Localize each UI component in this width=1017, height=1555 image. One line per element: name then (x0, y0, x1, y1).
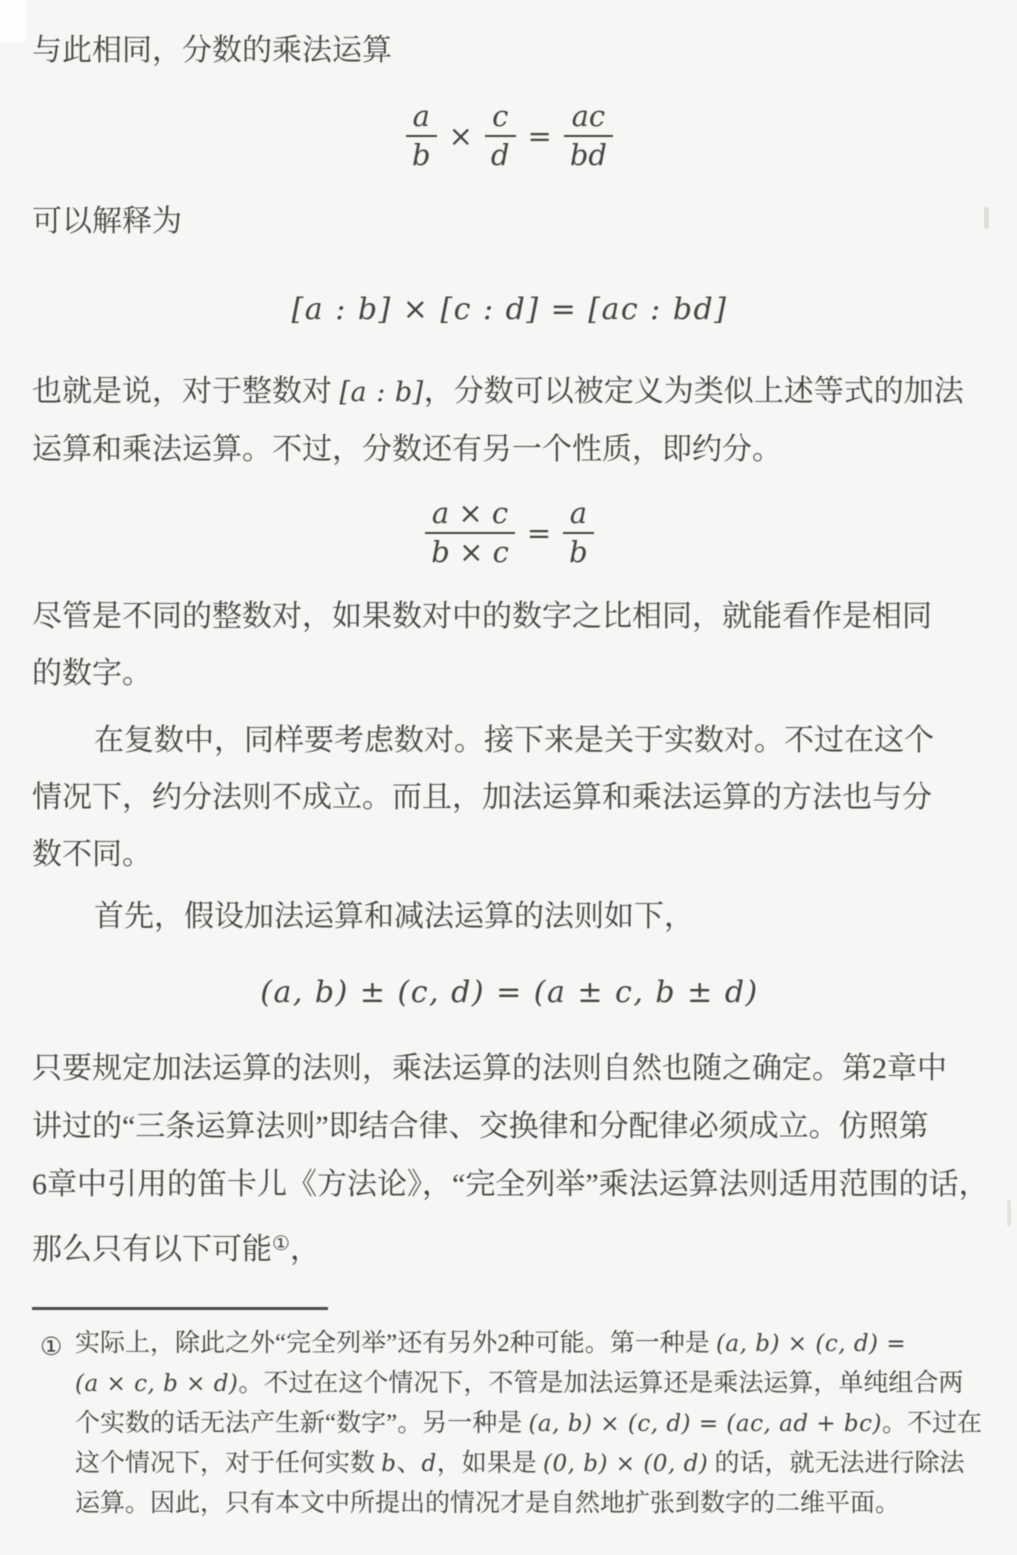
text-run: 的话，就无法进行除法 (708, 1450, 964, 1477)
operator: = (528, 119, 552, 153)
footnote-divider (32, 1307, 328, 1310)
text-run: 运算。因此，只有本文中所提出的情况才是自然地扩张到数字的二维平面。 (75, 1490, 900, 1517)
text-line: 这个情况下，对于任何实数 b、d，如果是 (0, b) × (0, d) 的话，… (75, 1444, 987, 1484)
text-run: 6章中引用的笛卡儿《方法论》，“完全列举”乘法运算法则适用范围的话， (32, 1168, 989, 1201)
denominator: b × c (425, 532, 515, 570)
footnote-marker: ① (40, 1328, 62, 1368)
book-page: 与此相同，分数的乘法运算ab×cd=acbd可以解释为[a : b] × [c … (0, 0, 1017, 1555)
para-same-number: 尽管是不同的整数对，如果数对中的数字之比相同，就能看作是相同的数字。 (32, 588, 987, 702)
inline-math: [a : b] (340, 377, 424, 408)
text-run: ，如果是 (437, 1450, 543, 1477)
denominator: b (406, 135, 437, 173)
fraction: acbd (564, 99, 613, 173)
text-line: 运算。因此，只有本文中所提出的情况才是自然地扩张到数字的二维平面。 (75, 1484, 987, 1524)
text-run: 与此相同，分数的乘法运算 (32, 34, 392, 67)
text-run: 。不过在这个情况下，不管是加法运算还是乘法运算，单纯组合两 (238, 1370, 963, 1397)
text-line: 个实数的话无法产生新“数字”。另一种是 (a, b) × (c, d) = (a… (75, 1404, 987, 1444)
text-run: ， (290, 1233, 320, 1266)
formula-pair-addition: (a, b) ± (c, d) = (a ± c, b ± d) (32, 975, 987, 1010)
text-line: 6章中引用的笛卡儿《方法论》，“完全列举”乘法运算法则适用范围的话， (32, 1156, 987, 1214)
para-only-possibility: 只要规定加法运算的法则，乘法运算的法则自然也随之确定。第2章中讲过的“三条运算法… (32, 1040, 987, 1279)
text-run: 首先，假设加法运算和减法运算的法则如下， (94, 900, 694, 933)
para-multiplication-intro: 与此相同，分数的乘法运算 (32, 22, 987, 79)
text-run: 可以解释为 (32, 205, 182, 238)
denominator: d (485, 135, 516, 173)
text-line: 运算和乘法运算。不过，分数还有另一个性质，即约分。 (32, 421, 987, 478)
para-complex-pairs: 在复数中，同样要考虑数对。接下来是关于实数对。不过在这个情况下，约分法则不成立。… (32, 712, 987, 883)
text-line: (a × c, b × d)。不过在这个情况下，不管是加法运算还是乘法运算，单纯… (75, 1364, 987, 1404)
numerator: a (406, 99, 437, 135)
text-run: 实际上，除此之外“完全列举”还有另外2种可能。第一种是 (75, 1330, 716, 1357)
formula-reduction: a × cb × c=ab (32, 496, 987, 570)
text-line: 讲过的“三条运算法则”即结合律、交换律和分配律必须成立。仿照第 (32, 1098, 987, 1156)
text-run: 只要规定加法运算的法则，乘法运算的法则自然也随之确定。第2章中 (32, 1052, 947, 1085)
page-content: 与此相同，分数的乘法运算ab×cd=acbd可以解释为[a : b] × [c … (0, 0, 1017, 1555)
footnote-1: ①实际上，除此之外“完全列举”还有另外2种可能。第一种是 (a, b) × (c… (32, 1324, 987, 1524)
para-integer-pairs: 也就是说，对于整数对 [a : b]，分数可以被定义为类似上述等式的加法运算和乘… (32, 363, 987, 478)
text-line: 那么只有以下可能①， (32, 1214, 987, 1279)
text-line: 可以解释为 (32, 193, 987, 250)
inline-math: b (381, 1451, 396, 1477)
fraction: cd (485, 99, 516, 173)
fraction: a × cb × c (425, 496, 515, 570)
numerator: a (563, 496, 594, 532)
text-line: 数不同。 (32, 826, 987, 883)
text-line: 首先，假设加法运算和减法运算的法则如下， (32, 888, 987, 945)
denominator: b (563, 532, 594, 570)
text-line: 与此相同，分数的乘法运算 (32, 22, 987, 79)
operator: = (527, 516, 551, 550)
text-run: 也就是说，对于整数对 (32, 375, 340, 408)
text-run: 数不同。 (32, 838, 152, 871)
text-run: 那么只有以下可能 (32, 1233, 272, 1266)
numerator: c (485, 99, 516, 135)
inline-math: (0, b) × (0, d) (543, 1451, 708, 1477)
denominator: bd (564, 135, 613, 173)
text-line: 在复数中，同样要考虑数对。接下来是关于实数对。不过在这个 (32, 712, 987, 769)
numerator: ac (564, 99, 613, 135)
text-run: 的数字。 (32, 657, 152, 690)
text-line: 只要规定加法运算的法则，乘法运算的法则自然也随之确定。第2章中 (32, 1040, 987, 1098)
text-line: 的数字。 (32, 645, 987, 702)
inline-math: (a, b) × (c, d) = (ac, ad + bc) (528, 1411, 882, 1437)
formula-pair-product: [a : b] × [c : d] = [ac : bd] (32, 292, 987, 327)
fraction: ab (406, 99, 437, 173)
inline-math: (a × c, b × d) (75, 1371, 238, 1397)
text-run: 讲过的“三条运算法则”即结合律、交换律和分配律必须成立。仿照第 (32, 1110, 929, 1143)
text-run: 这个情况下，对于任何实数 (75, 1450, 381, 1477)
fraction: ab (563, 496, 594, 570)
text-line: 情况下，约分法则不成立。而且，加法运算和乘法运算的方法也与分 (32, 769, 987, 826)
text-run: 。不过在 (882, 1410, 982, 1437)
formula-fraction-product: ab×cd=acbd (32, 99, 987, 173)
para-addition-rule: 首先，假设加法运算和减法运算的法则如下， (32, 888, 987, 945)
math-expression: [a : b] × [c : d] = [ac : bd] (292, 292, 728, 327)
text-run: ，分数可以被定义为类似上述等式的加法 (424, 375, 964, 408)
numerator: a × c (425, 496, 515, 532)
text-run: 、 (397, 1450, 422, 1477)
operator: × (449, 119, 473, 153)
footnote-ref: ① (272, 1231, 290, 1255)
inline-math: (a, b) × (c, d) = (716, 1331, 906, 1357)
text-line: 也就是说，对于整数对 [a : b]，分数可以被定义为类似上述等式的加法 (32, 363, 987, 421)
inline-math: d (422, 1451, 437, 1477)
text-run: 个实数的话无法产生新“数字”。另一种是 (75, 1410, 528, 1437)
para-interpreted-as: 可以解释为 (32, 193, 987, 250)
text-run: 运算和乘法运算。不过，分数还有另一个性质，即约分。 (32, 433, 782, 466)
math-expression: (a, b) ± (c, d) = (a ± c, b ± d) (260, 975, 758, 1010)
text-run: 情况下，约分法则不成立。而且，加法运算和乘法运算的方法也与分 (32, 781, 932, 814)
text-run: 尽管是不同的整数对，如果数对中的数字之比相同，就能看作是相同 (32, 600, 932, 633)
text-line: 实际上，除此之外“完全列举”还有另外2种可能。第一种是 (a, b) × (c,… (75, 1324, 987, 1364)
text-line: 尽管是不同的整数对，如果数对中的数字之比相同，就能看作是相同 (32, 588, 987, 645)
text-run: 在复数中，同样要考虑数对。接下来是关于实数对。不过在这个 (94, 724, 934, 757)
